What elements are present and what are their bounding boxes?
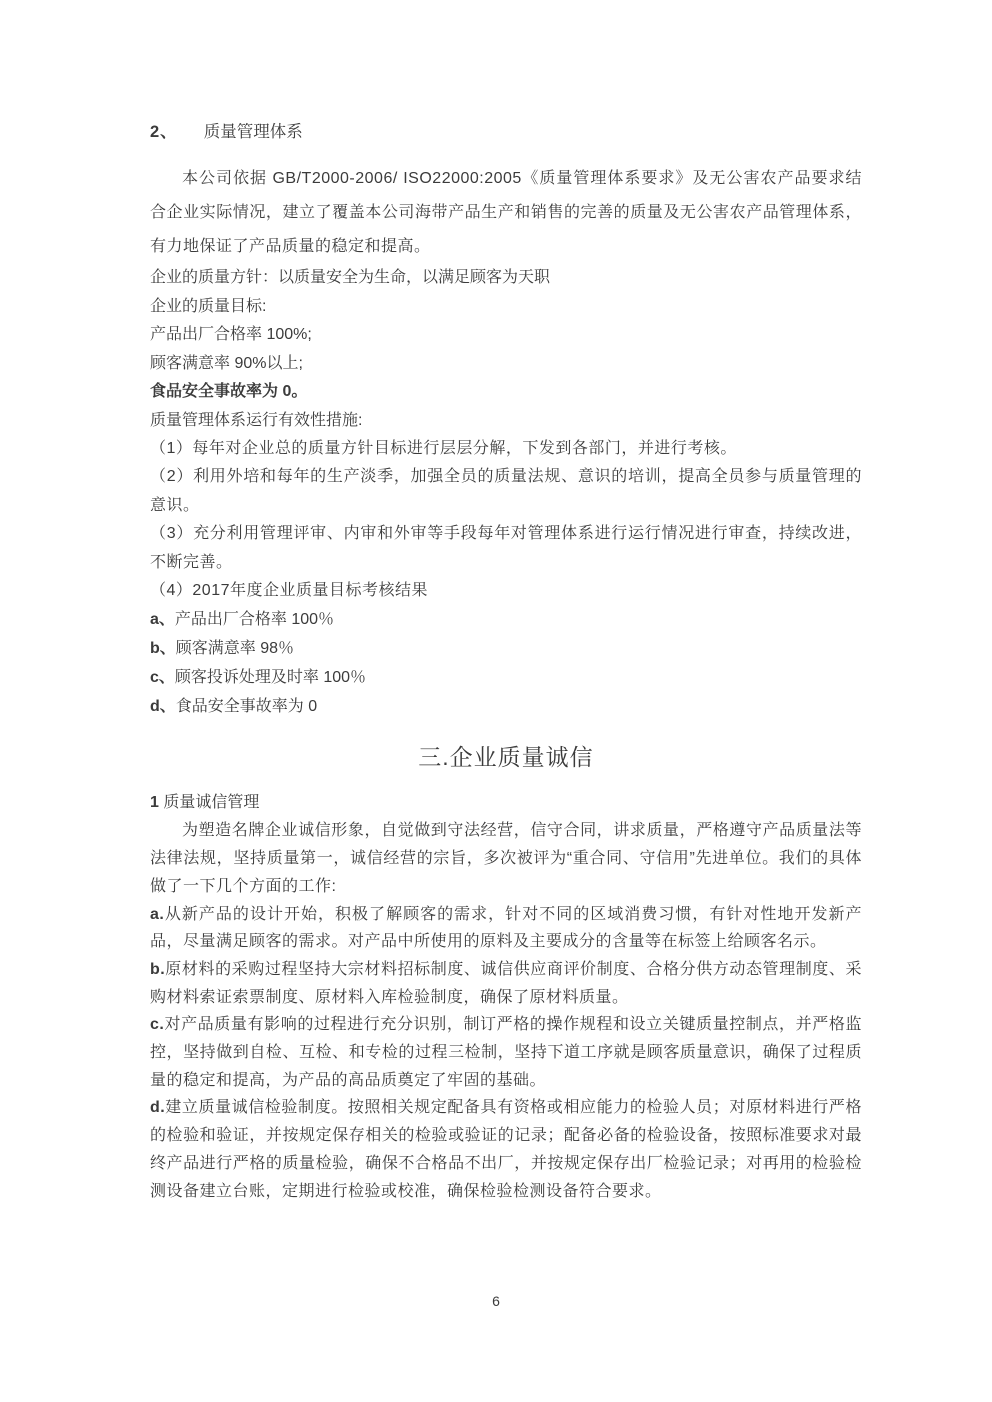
section3-heading: 三.企业质量诚信	[150, 741, 862, 773]
result-d-prefix: d、	[150, 698, 176, 715]
section2-heading: 2、质量管理体系	[150, 118, 862, 146]
result-a-prefix: a、	[150, 611, 175, 628]
integrity-item-d: d.建立质量诚信检验制度。按照相关规定配备具有资格或相应能力的检验人员；对原材料…	[150, 1094, 862, 1205]
measures-label: 质量管理体系运行有效性措施:	[150, 407, 862, 436]
quality-policy-line: 企业的质量方针：以质量安全为生命，以满足顾客为天职	[150, 264, 862, 293]
goal-safety-incident-rate: 食品安全事故率为 0。	[150, 378, 862, 407]
section3-sub-title-text: 质量诚信管理	[163, 794, 259, 811]
integrity-item-b: b.原材料的采购过程坚持大宗材料招标制度、诚信供应商评价制度、合格分供方动态管理…	[150, 956, 862, 1011]
measures-list: （1）每年对企业总的质量方针目标进行层层分解，下发到各部门，并进行考核。 （2）…	[150, 435, 862, 605]
result-a-text: 产品出厂合格率 100％	[175, 611, 334, 628]
result-item-d: d、食品安全事故率为 0	[150, 692, 862, 721]
measure-item-2: （2）利用外培和每年的生产淡季，加强全员的质量法规、意识的培训，提高全员参与质量…	[150, 463, 862, 520]
integrity-b-text: 原材料的采购过程坚持大宗材料招标制度、诚信供应商评价制度、合格分供方动态管理制度…	[150, 961, 862, 1006]
section3-body: 为塑造名牌企业诚信形象，自觉做到守法经营，信守合同，讲求质量，严格遵守产品质量法…	[150, 817, 862, 1205]
goal-pass-rate: 产品出厂合格率 100%;	[150, 321, 862, 350]
section3-intro-paragraph: 为塑造名牌企业诚信形象，自觉做到守法经营，信守合同，讲求质量，严格遵守产品质量法…	[150, 817, 862, 900]
section3-subheading: 1 质量诚信管理	[150, 789, 862, 817]
page-number: 6	[0, 1293, 992, 1309]
quality-goal-label: 企业的质量目标:	[150, 293, 862, 322]
section2-number: 2、	[150, 123, 178, 141]
goal-satisfaction-rate: 顾客满意率 90%以上;	[150, 350, 862, 379]
result-item-b: b、顾客满意率 98％	[150, 634, 862, 663]
integrity-item-a: a.从新产品的设计开始，积极了解顾客的需求，针对不同的区域消费习惯，有针对性地开…	[150, 901, 862, 956]
integrity-c-prefix: c.	[150, 1016, 164, 1033]
document-page: 2、质量管理体系 本公司依据 GB/T2000-2006/ ISO22000:2…	[0, 0, 992, 1402]
measure-item-4: （4）2017年度企业质量目标考核结果	[150, 577, 862, 605]
integrity-item-c: c.对产品质量有影响的过程进行充分识别，制订严格的操作规程和设立关键质量控制点，…	[150, 1011, 862, 1094]
result-b-prefix: b、	[150, 640, 176, 657]
result-d-text: 食品安全事故率为 0	[176, 698, 317, 715]
section2-intro-paragraph: 本公司依据 GB/T2000-2006/ ISO22000:2005《质量管理体…	[150, 162, 862, 264]
result-c-text: 顾客投诉处理及时率 100％	[175, 669, 366, 686]
integrity-c-text: 对产品质量有影响的过程进行充分识别，制订严格的操作规程和设立关键质量控制点，并严…	[150, 1016, 862, 1088]
assessment-results-list: a、产品出厂合格率 100％ b、顾客满意率 98％ c、顾客投诉处理及时率 1…	[150, 605, 862, 721]
measure-item-3: （3）充分利用管理评审、内审和外审等手段每年对管理体系进行运行情况进行审查，持续…	[150, 520, 862, 577]
section3-sub-number: 1	[150, 794, 159, 811]
integrity-b-prefix: b.	[150, 961, 165, 978]
result-c-prefix: c、	[150, 669, 175, 686]
measure-item-1: （1）每年对企业总的质量方针目标进行层层分解，下发到各部门，并进行考核。	[150, 435, 862, 463]
integrity-d-text: 建立质量诚信检验制度。按照相关规定配备具有资格或相应能力的检验人员；对原材料进行…	[150, 1099, 862, 1199]
result-item-a: a、产品出厂合格率 100％	[150, 605, 862, 634]
result-item-c: c、顾客投诉处理及时率 100％	[150, 663, 862, 692]
section2-title-text: 质量管理体系	[204, 123, 303, 141]
result-b-text: 顾客满意率 98％	[176, 640, 294, 657]
quality-policy-block: 企业的质量方针：以质量安全为生命，以满足顾客为天职 企业的质量目标: 产品出厂合…	[150, 264, 862, 435]
integrity-a-text: 从新产品的设计开始，积极了解顾客的需求，针对不同的区域消费习惯，有针对性地开发新…	[150, 906, 862, 951]
integrity-a-prefix: a.	[150, 906, 164, 923]
integrity-d-prefix: d.	[150, 1099, 165, 1116]
